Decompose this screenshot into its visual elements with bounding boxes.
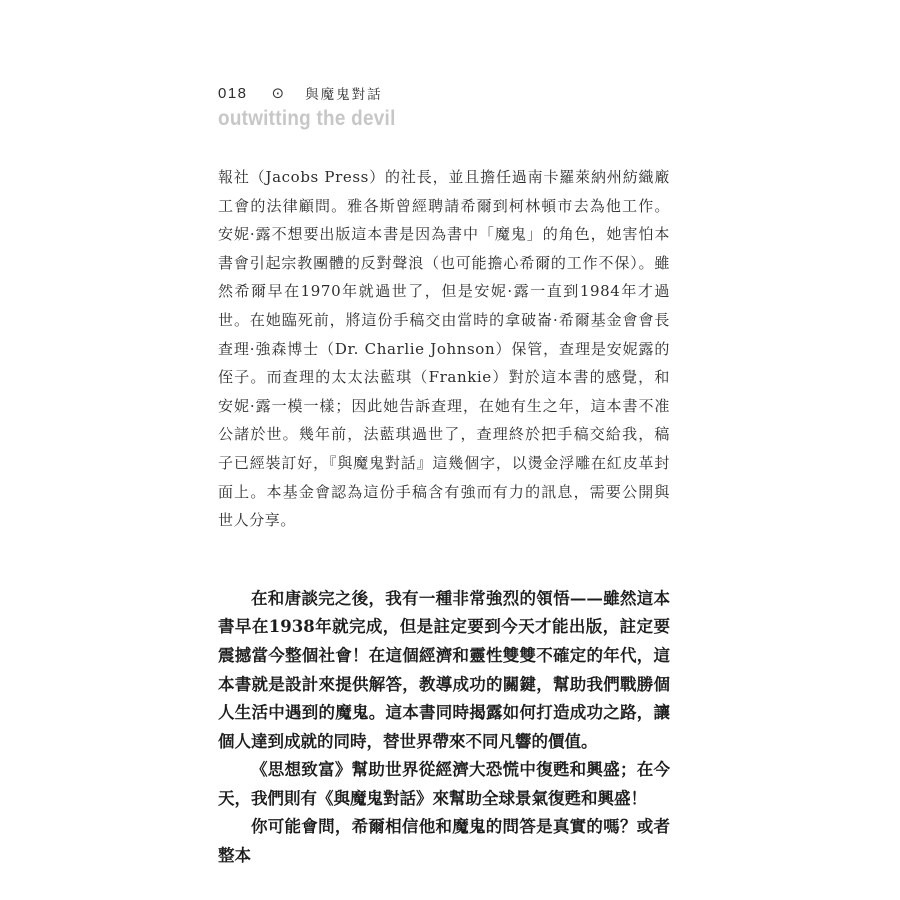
page-header: 018 ⊙ 與魔鬼對話 outwitting the devil: [218, 84, 415, 131]
book-page: 018 ⊙ 與魔鬼對話 outwitting the devil 報社（Jaco…: [0, 0, 900, 900]
paragraph-realization: 在和唐談完之後，我有一種非常強烈的領悟——雖然這本書早在1938年就完成，但是註…: [218, 585, 670, 757]
circled-dot-icon: ⊙: [272, 86, 285, 101]
paragraph-manuscript-history: 報社（Jacobs Press）的社長，並且擔任過南卡羅萊納州紡織廠工會的法律顧…: [218, 163, 670, 535]
running-title-chinese: 與魔鬼對話: [305, 83, 383, 103]
body-text: 報社（Jacobs Press）的社長，並且擔任過南卡羅萊納州紡織廠工會的法律顧…: [218, 163, 670, 871]
running-title-english: outwitting the devil: [218, 107, 396, 131]
page-number: 018: [218, 85, 248, 102]
paragraph-question: 你可能會問，希爾相信他和魔鬼的問答是真實的嗎？或者整本: [218, 813, 670, 870]
header-row: 018 ⊙ 與魔鬼對話: [218, 84, 415, 102]
paragraph-think-grow-rich: 《思想致富》幫助世界從經濟大恐慌中復甦和興盛；在今天，我們則有《與魔鬼對話》來幫…: [218, 756, 670, 813]
